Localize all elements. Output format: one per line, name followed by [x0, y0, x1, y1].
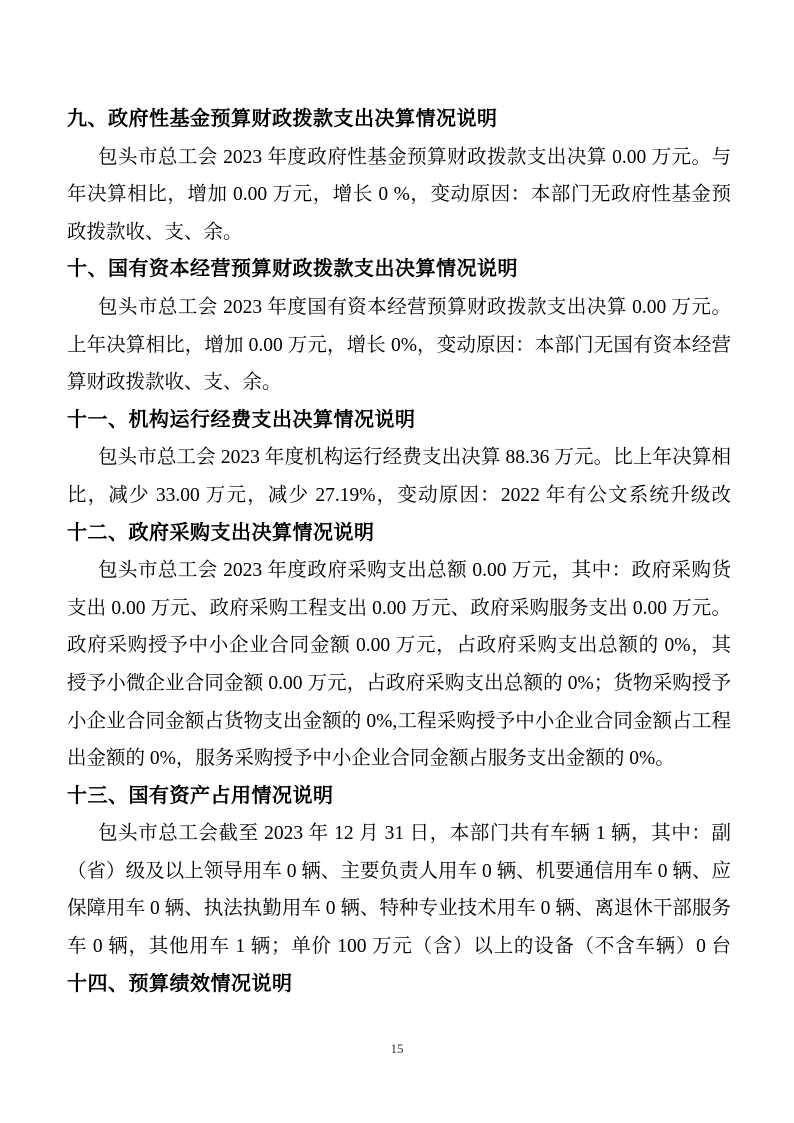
section-11-heading: 十一、机构运行经费支出决算情况说明 [67, 402, 731, 440]
section-10-heading: 十、国有资本经营预算财政拨款支出决算情况说明 [67, 251, 731, 289]
section-13-paragraph-line: 保障用车 0 辆、执法执勤用车 0 辆、特种专业技术用车 0 辆、离退休干部服务… [67, 890, 731, 928]
section-13-heading: 十三、国有资产占用情况说明 [67, 778, 731, 816]
section-9-paragraph-line: 包头市总工会 2023 年度政府性基金预算财政拨款支出决算 0.00 万元。与上 [67, 139, 731, 177]
section-12-paragraph-line: 小企业合同金额占货物支出金额的 0%,工程采购授予中小企业合同金额占工程支 [67, 703, 731, 741]
section-12-paragraph-line: 政府采购授予中小企业合同金额 0.00 万元，占政府采购支出总额的 0%，其中： [67, 627, 731, 665]
document-page: 九、政府性基金预算财政拨款支出决算情况说明 包头市总工会 2023 年度政府性基… [0, 0, 794, 1123]
section-10-paragraph-line: 上年决算相比，增加 0.00 万元，增长 0%，变动原因：本部门无国有资本经营预 [67, 327, 731, 365]
section-12-paragraph-line: 授予小微企业合同金额 0.00 万元，占政府采购支出总额的 0%；货物采购授予中 [67, 665, 731, 703]
section-9-paragraph-line: 政拨款收、支、余。 [67, 214, 731, 252]
section-14-heading: 十四、预算绩效情况说明 [67, 966, 731, 1004]
section-9-heading: 九、政府性基金预算财政拨款支出决算情况说明 [67, 101, 731, 139]
section-12-paragraph-line: 出金额的 0%，服务采购授予中小企业合同金额占服务支出金额的 0%。 [67, 740, 731, 778]
section-10-paragraph-line: 包头市总工会 2023 年度国有资本经营预算财政拨款支出决算 0.00 万元。与 [67, 289, 731, 327]
section-10-paragraph-line: 算财政拨款收、支、余。 [67, 364, 731, 402]
page-number: 15 [0, 1041, 794, 1057]
section-9-paragraph-line: 年决算相比，增加 0.00 万元，增长 0 %，变动原因：本部门无政府性基金预算… [67, 176, 731, 214]
section-13-paragraph-line: 包头市总工会截至 2023 年 12 月 31 日，本部门共有车辆 1 辆，其中… [67, 815, 731, 853]
section-13-paragraph-line: （省）级及以上领导用车 0 辆、主要负责人用车 0 辆、机要通信用车 0 辆、应… [67, 853, 731, 891]
section-11-paragraph-line: 比，减少 33.00 万元，减少 27.19%，变动原因：2022 年有公文系统… [67, 477, 731, 515]
section-13-paragraph-line: 车 0 辆，其他用车 1 辆；单价 100 万元（含）以上的设备（不含车辆）0 … [67, 928, 731, 966]
section-12-paragraph-line: 包头市总工会 2023 年度政府采购支出总额 0.00 万元，其中：政府采购货物 [67, 552, 731, 590]
document-body: 九、政府性基金预算财政拨款支出决算情况说明 包头市总工会 2023 年度政府性基… [67, 101, 731, 1003]
section-12-paragraph-line: 支出 0.00 万元、政府采购工程支出 0.00 万元、政府采购服务支出 0.0… [67, 590, 731, 628]
section-12-heading: 十二、政府采购支出决算情况说明 [67, 515, 731, 553]
section-11-paragraph-line: 包头市总工会 2023 年度机构运行经费支出决算 88.36 万元。比上年决算相 [67, 439, 731, 477]
